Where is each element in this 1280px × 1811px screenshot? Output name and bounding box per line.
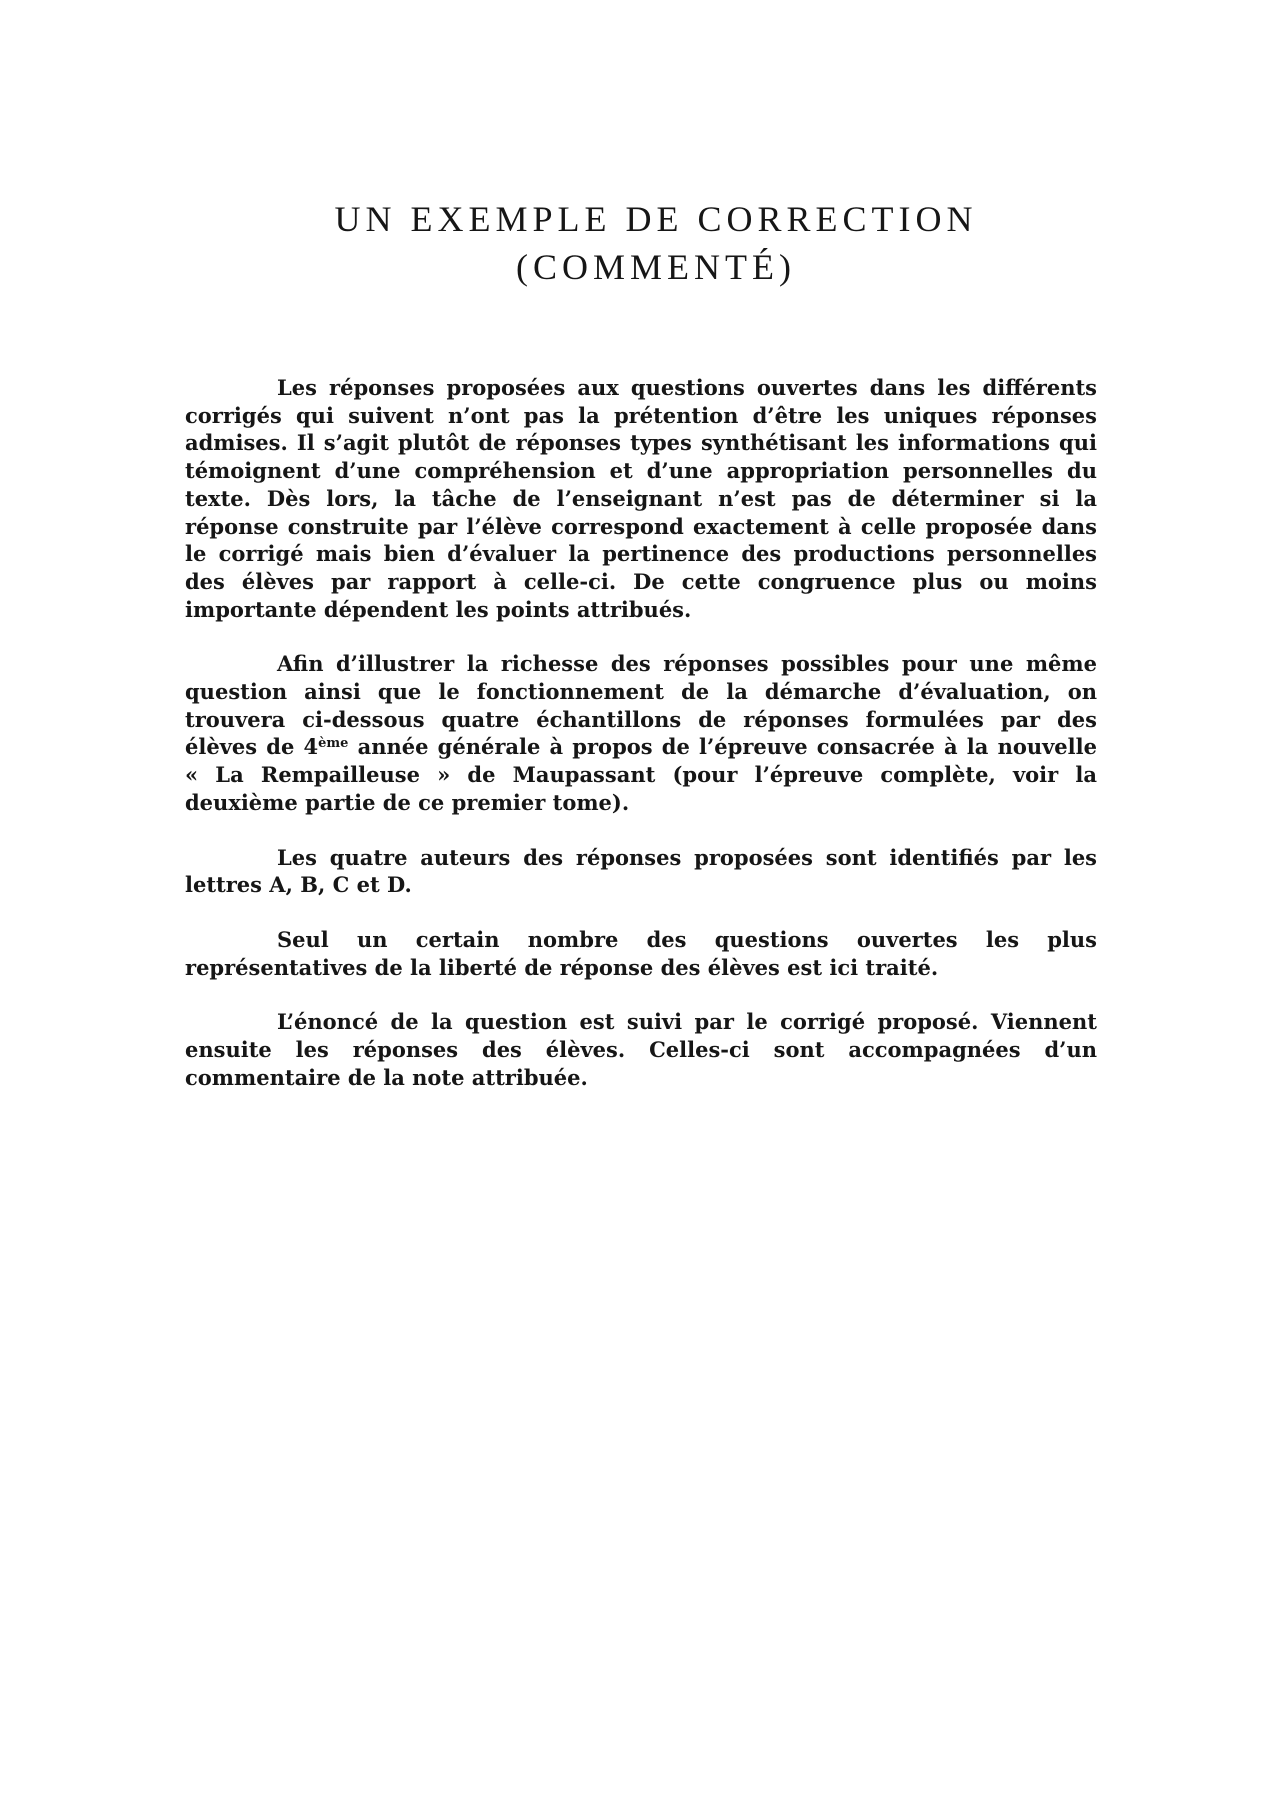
text-line: élèves de 4ème année générale à propos d… <box>185 733 1097 761</box>
text-line: des élèves par rapport à celle-ci. De ce… <box>185 568 1097 596</box>
text-line: Afin d’illustrer la richesse des réponse… <box>185 650 1097 678</box>
document-title-line1: UN EXEMPLE DE CORRECTION <box>200 195 1112 243</box>
text-line: Seul un certain nombre des questions ouv… <box>185 926 1097 954</box>
document-title-line2: (COMMENTÉ) <box>200 243 1112 291</box>
text-line: admises. Il s’agit plutôt de réponses ty… <box>185 429 1097 457</box>
text-line: le corrigé mais bien d’évaluer la pertin… <box>185 540 1097 568</box>
paragraph: Les réponses proposées aux questions ouv… <box>185 374 1097 623</box>
text-line: représentatives de la liberté de réponse… <box>185 954 1097 982</box>
paragraph: Seul un certain nombre des questions ouv… <box>185 926 1097 981</box>
text-line: deuxième partie de ce premier tome). <box>185 789 1097 817</box>
text-line: importante dépendent les points attribué… <box>185 596 1097 624</box>
text-line: ensuite les réponses des élèves. Celles-… <box>185 1036 1097 1064</box>
text-line: commentaire de la note attribuée. <box>185 1064 1097 1092</box>
document-title: UN EXEMPLE DE CORRECTION (COMMENTÉ) <box>200 195 1112 291</box>
text-line: trouvera ci-dessous quatre échantillons … <box>185 706 1097 734</box>
text-line: Les réponses proposées aux questions ouv… <box>185 374 1097 402</box>
text-line: « La Rempailleuse » de Maupassant (pour … <box>185 761 1097 789</box>
text-line: texte. Dès lors, la tâche de l’enseignan… <box>185 485 1097 513</box>
paragraph: L’énoncé de la question est suivi par le… <box>185 1008 1097 1091</box>
paragraph: Les quatre auteurs des réponses proposée… <box>185 844 1097 899</box>
document-page: UN EXEMPLE DE CORRECTION (COMMENTÉ) Les … <box>0 0 1280 1811</box>
text-line: réponse construite par l’élève correspon… <box>185 513 1097 541</box>
text-line: question ainsi que le fonctionnement de … <box>185 678 1097 706</box>
text-line: L’énoncé de la question est suivi par le… <box>185 1008 1097 1036</box>
text-line: témoignent d’une compréhension et d’une … <box>185 457 1097 485</box>
text-line: corrigés qui suivent n’ont pas la préten… <box>185 402 1097 430</box>
paragraph: Afin d’illustrer la richesse des réponse… <box>185 650 1097 816</box>
text-line: Les quatre auteurs des réponses proposée… <box>185 844 1097 872</box>
document-paragraphs: Les réponses proposées aux questions ouv… <box>185 374 1097 1118</box>
text-line: lettres A, B, C et D. <box>185 871 1097 899</box>
superscript: ème <box>318 736 348 751</box>
